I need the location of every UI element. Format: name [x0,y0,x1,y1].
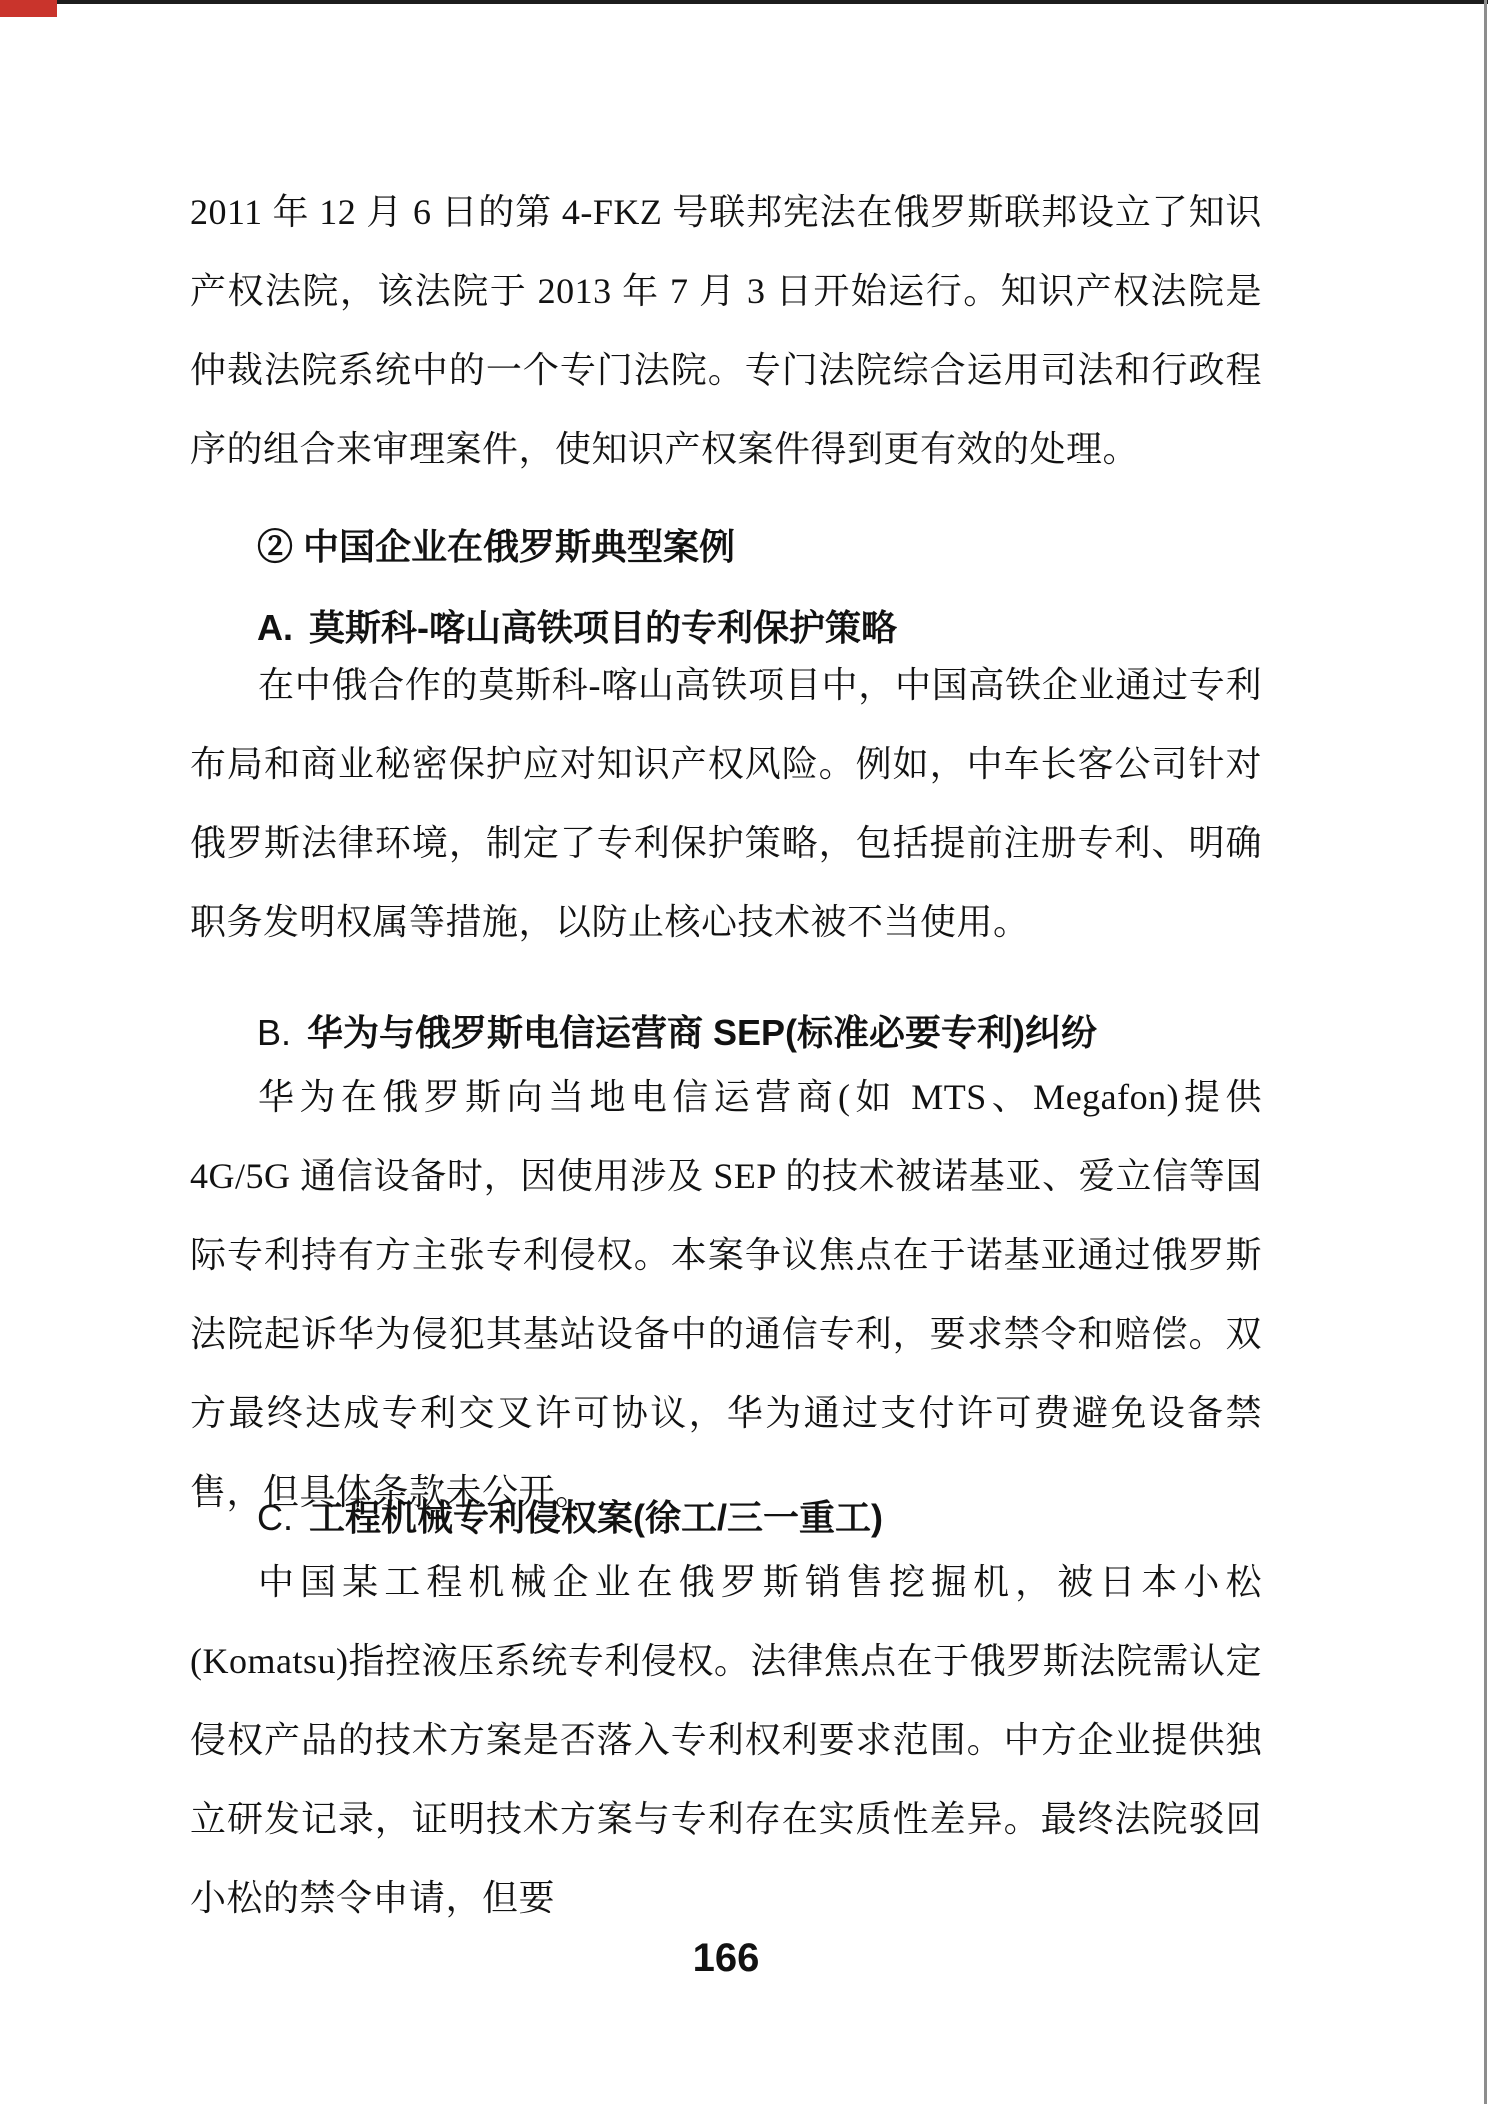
case-a-prefix: A. [257,606,293,650]
red-corner-mark [0,0,57,17]
page-number: 166 [190,1938,1262,1978]
case-c-heading: C.工程机械专利侵权案(徐工/三一重工) [190,1496,1329,1540]
case-a-paragraph: 在中俄合作的莫斯科-喀山高铁项目中，中国高铁企业通过专利布局和商业秘密保护应对知… [190,646,1262,962]
case-c-title: 工程机械专利侵权案(徐工/三一重工) [309,1497,883,1538]
case-a-heading: A.莫斯科-喀山高铁项目的专利保护策略 [190,606,1329,650]
case-b-prefix: B. [257,1011,291,1055]
case-a-title: 莫斯科-喀山高铁项目的专利保护策略 [309,607,897,648]
case-c-paragraph: 中国某工程机械企业在俄罗斯销售挖掘机，被日本小松(Komatsu)指控液压系统专… [190,1543,1262,1938]
case-b-title: 华为与俄罗斯电信运营商 SEP(标准必要专利)纠纷 [307,1012,1097,1053]
intro-paragraph: 2011 年 12 月 6 日的第 4-FKZ 号联邦宪法在俄罗斯联邦设立了知识… [190,173,1262,489]
page-right-edge-rule [1484,0,1487,2104]
case-b-paragraph: 华为在俄罗斯向当地电信运营商(如 MTS、Megafon)提供 4G/5G 通信… [190,1058,1262,1532]
section-heading-typical-cases: ② 中国企业在俄罗斯典型案例 [190,525,1329,569]
page-top-rule [0,0,1488,4]
case-b-heading: B.华为与俄罗斯电信运营商 SEP(标准必要专利)纠纷 [190,1011,1329,1055]
case-c-prefix: C. [257,1496,293,1540]
